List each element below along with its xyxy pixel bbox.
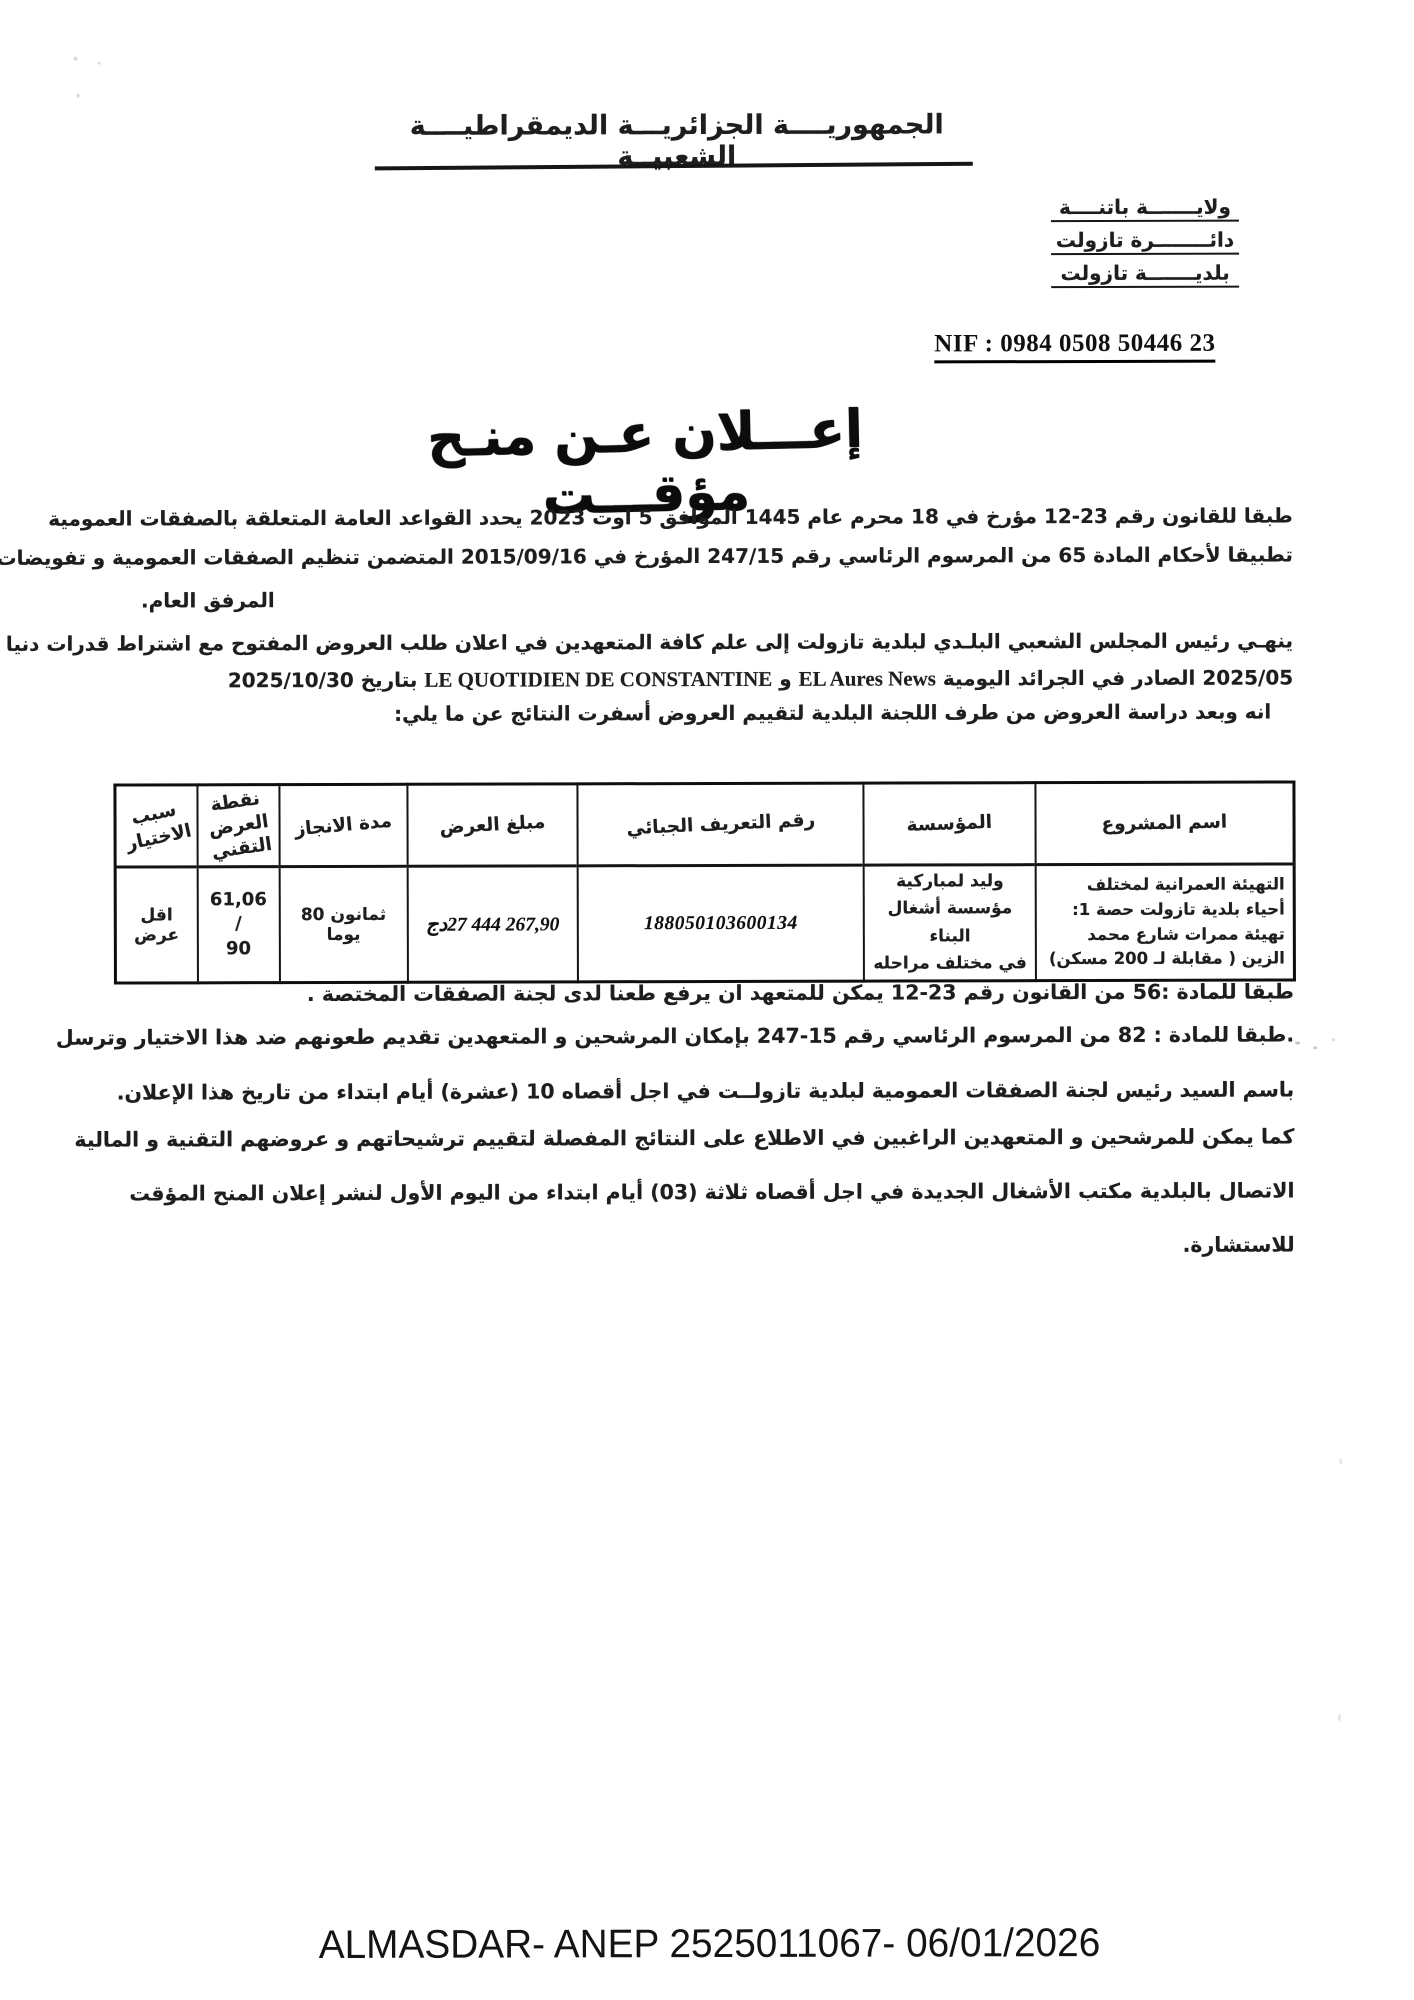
- tender-number: 2025/05: [1202, 665, 1293, 689]
- scan-speck: [1332, 1038, 1335, 1041]
- col-header-company: المؤسسة: [864, 783, 1036, 865]
- scan-speck: [74, 57, 78, 61]
- daira-name: دائــــــــرة تازولت: [1051, 229, 1239, 255]
- score-divider: /: [203, 912, 273, 936]
- score-max: 90: [203, 937, 273, 961]
- newspaper-name-2: LE QUOTIDIEN DE CONSTANTINE: [424, 667, 772, 692]
- scanned-document-page: الجمهوريــــة الجزائريـــة الديمقراطيـــ…: [0, 0, 1414, 2000]
- anep-footer: ALMASDAR- ANEP 2525011067- 06/01/2026: [24, 1920, 1396, 1969]
- legal-article-56: طبقا للمادة :56 من القانون رقم 23-12 يمك…: [142, 979, 1294, 1006]
- paragraph-law-line3: المرفق العام.: [141, 584, 1293, 614]
- scan-speck: [1295, 1041, 1300, 1044]
- company-line-2: مؤسسة أشغال البناء: [870, 895, 1030, 950]
- scan-speck: [1313, 1046, 1317, 1049]
- cell-selection-reason: اقل عرض: [115, 867, 197, 983]
- score-value: 61,06: [203, 888, 273, 912]
- cell-company: وليد لمباركية مؤسسة أشغال البناء في مختل…: [864, 865, 1036, 981]
- dated-text: بتاريخ: [361, 668, 418, 692]
- legal-article-82-line1: .طبقا للمادة : 82 من المرسوم الرئاسي رقم…: [142, 1022, 1294, 1049]
- scan-speck: [1338, 1713, 1341, 1721]
- publication-date: 2025/10/30: [228, 668, 354, 692]
- paragraph-announce-line3: انه وبعد دراسة العروض من طرف اللجنة البل…: [141, 698, 1293, 728]
- document-content: الجمهوريــــة الجزائريـــة الديمقراطيـــ…: [0, 0, 1414, 2000]
- scan-speck: [98, 62, 101, 65]
- published-in-text: الصادر في الجرائد اليومية: [943, 666, 1196, 691]
- scan-speck: [77, 94, 80, 98]
- results-table-wrapper: اسم المشروع المؤسسة رقم التعريف الجبائي …: [113, 780, 1296, 984]
- legal-results-access-line2: الاتصال بالبلدية مكتب الأشغال الجديدة في…: [142, 1178, 1294, 1205]
- col-header-duration: مدة الانجاز: [279, 784, 407, 866]
- tax-id-value: 188050103600134: [644, 912, 798, 933]
- col-header-selection-reason: سبب الاختيار: [115, 785, 197, 867]
- amount-value: 27 444 267,90: [447, 914, 559, 935]
- col-header-amount: مبلغ العرض: [407, 784, 577, 866]
- paragraph-law-line1: طبقا للقانون رقم 23-12 مؤرخ في 18 محرم ع…: [141, 502, 1293, 532]
- paragraph-law-line2: تطبيقا لأحكام المادة 65 من المرسوم الرئا…: [141, 541, 1293, 571]
- table-row: التهيئة العمرانية لمختلف أحياء بلدية تاز…: [115, 864, 1294, 983]
- legal-results-access-line3: للاستشارة.: [143, 1232, 1295, 1259]
- commune-name: بلديـــــــة تازولت: [1051, 262, 1239, 288]
- legal-results-access-line1: كما يمكن للمرشحين و المتعهدين الراغبين ف…: [142, 1124, 1294, 1151]
- results-table: اسم المشروع المؤسسة رقم التعريف الجبائي …: [113, 780, 1296, 984]
- cell-project-name: التهيئة العمرانية لمختلف أحياء بلدية تاز…: [1036, 864, 1295, 981]
- col-header-technical-score: نقطة العرض التقني: [197, 785, 279, 867]
- conjunction: و: [779, 667, 792, 691]
- cell-duration: ثمانون 80 يوما: [279, 866, 407, 982]
- paragraph-announce-line1: ينهـي رئيس المجلس الشعبي البلـدي لبلدية …: [141, 627, 1293, 657]
- currency-symbol: دج: [426, 914, 447, 935]
- paragraph-announce-line2: 2025/05 الصادر في الجرائد اليومية EL Aur…: [141, 663, 1293, 694]
- cell-technical-score: 61,06 / 90: [197, 867, 279, 983]
- col-header-project: اسم المشروع: [1036, 782, 1294, 865]
- cell-tax-id: 188050103600134: [578, 865, 865, 982]
- table-header-row: اسم المشروع المؤسسة رقم التعريف الجبائي …: [115, 782, 1294, 867]
- cell-offer-amount: 27 444 267,90دج: [407, 866, 577, 982]
- newspaper-name-1: EL Aures News: [799, 666, 936, 690]
- company-line-1: وليد لمباركية: [870, 868, 1030, 896]
- legal-article-82-line2: باسم السيد رئيس لجنة الصفقات العمومية لب…: [142, 1077, 1294, 1104]
- nif-number: NIF : 0984 0508 50446 23: [934, 330, 1215, 364]
- region-block: ولايـــــــة باتنــــة دائــــــــرة تاز…: [1051, 196, 1239, 295]
- scan-speck: [1339, 1458, 1342, 1464]
- col-header-tax-id: رقم التعريف الجبائي: [577, 783, 863, 866]
- wilaya-name: ولايـــــــة باتنــــة: [1051, 196, 1239, 222]
- company-line-3: في مختلف مراحله: [870, 950, 1030, 978]
